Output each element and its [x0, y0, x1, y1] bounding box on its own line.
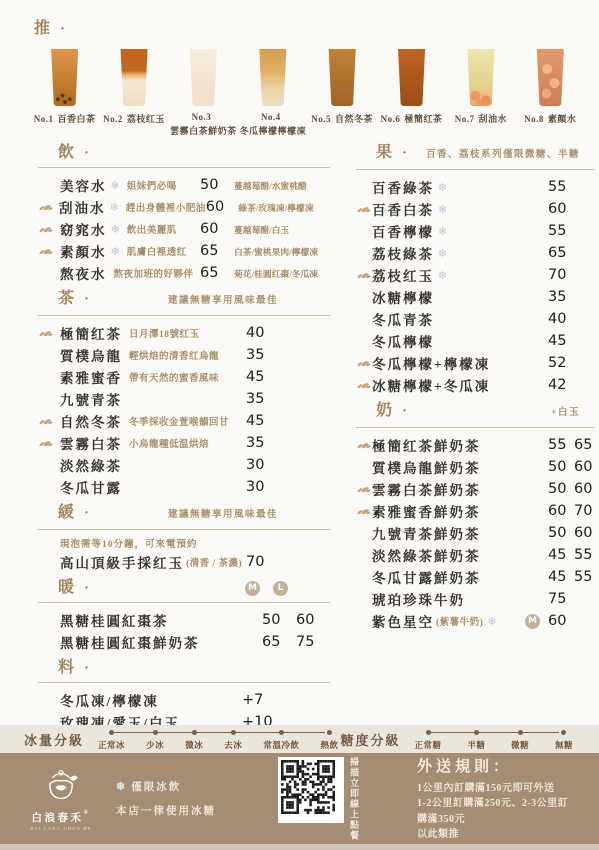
item-name: 刮油水	[59, 197, 106, 217]
item-name: 冰糖檸檬	[372, 287, 434, 307]
wave-icon	[356, 485, 372, 494]
item-name: 百香綠茶	[372, 177, 434, 197]
menu-item-row: 冰糖檸檬35	[356, 286, 594, 308]
item-name: 質樸烏龍	[60, 345, 122, 365]
menu-item-row: 九號青茶鮮奶茶5060	[356, 522, 594, 544]
fruit-header: 果 · 百香、荔枝系列僅限微糖、半糖	[356, 144, 594, 170]
menu-item-row: 冬瓜甘露30	[38, 476, 330, 498]
menu-item-row: 紫色星空(紫薯牛奶)❄M60	[356, 610, 594, 632]
qr-block: 掃描立即線上點餐	[278, 757, 361, 841]
scale-level-label: 少冰	[146, 739, 164, 751]
menu-item-row: 素顏水❄肌膚白裡透红65白茶/蜜桃果肉/檸檬凍	[38, 240, 330, 262]
item-name: 雲霧白茶鮮奶茶	[372, 479, 481, 499]
menu-item-row: 玫瑰凍/愛玉/白玉+10	[38, 711, 330, 725]
menu-item-row: 冬瓜甘露鮮奶茶4555	[356, 566, 594, 588]
section-title: 奶	[376, 402, 395, 420]
section-bullet: ·	[84, 579, 89, 597]
item-name: 淡然綠茶	[60, 455, 122, 475]
scale-level-label: 微糖	[511, 739, 529, 751]
item-price-l: 75	[296, 634, 330, 650]
item-price: 50	[200, 177, 234, 193]
scale-dot	[561, 730, 566, 735]
item-price-m: 60	[548, 503, 574, 519]
drink-number: No.3	[192, 112, 212, 122]
brand-name: 白浪春禾®	[32, 810, 91, 825]
drink-label: No.7刮油水	[455, 112, 507, 124]
scale-level-label: 去冰	[224, 739, 242, 751]
item-price-l: 65	[574, 437, 594, 453]
item-price: 60	[206, 199, 239, 215]
tea-header: 茶 · 建議無糖享用風味最佳	[38, 290, 330, 316]
recommended-drink-card: No.4冬瓜檸檬檸檬凍	[238, 49, 307, 136]
drink-cup-image	[534, 49, 567, 106]
section-bullet: ·	[60, 20, 65, 38]
section-bullet: ·	[84, 659, 89, 677]
item-price-m: 65	[548, 245, 574, 261]
menu-item-row: 冬瓜凍/檸檬凍+7	[38, 689, 330, 711]
scale-level: 微糖	[511, 727, 529, 751]
menu-item-row: 高山頂級手採红玉(清香 / 茶濃)70	[38, 551, 330, 573]
item-price-l: 55	[574, 547, 594, 563]
menu-item-row: 極簡红茶日月潭18號红玉40	[38, 322, 330, 344]
scale-level: 半糖	[467, 727, 485, 751]
wave-icon	[38, 439, 60, 448]
item-price-m: 40	[548, 311, 574, 327]
item-name: 淡然綠茶鮮奶茶	[372, 545, 481, 565]
scale-level: 熱飲	[320, 727, 338, 751]
item-price-l: 60	[296, 612, 330, 628]
recommended-drink-card: No.3雲霧白茶鮮奶茶	[169, 49, 238, 136]
qr-code	[278, 757, 344, 823]
item-price: 65	[200, 243, 234, 259]
recommended-drink-card: No.6極簡红茶	[377, 49, 446, 136]
drink-label: No.8素顏水	[524, 112, 576, 124]
item-name: 質樸烏龍鮮奶茶	[372, 457, 481, 477]
store-notes: ❄僅限冰飲 本店一律使用冰糖	[116, 779, 244, 818]
drink-cup-image	[187, 49, 220, 106]
item-price-l: 70	[574, 503, 594, 519]
section-bullet: ·	[84, 144, 89, 162]
item-price-m: 60	[548, 613, 574, 629]
menu-item-row: 刮油水❄趕出身體裡小肥油60綠茶/玫瑰凍/檸檬凍	[38, 196, 330, 218]
drink-header: 飲 ·	[38, 144, 330, 168]
drink-number: No.1	[34, 114, 54, 124]
scale-level: 去冰	[224, 727, 242, 751]
drink-cup-image	[395, 49, 428, 106]
item-price: +7	[242, 692, 286, 708]
item-price: +10	[242, 714, 286, 725]
scale-level-label: 正常糖	[415, 739, 442, 751]
drink-label: No.5自然冬茶	[311, 112, 373, 124]
cold-only-note: ❄僅限冰飲	[116, 779, 244, 794]
item-price-m: 42	[548, 377, 574, 393]
wave-icon	[38, 329, 60, 338]
drink-label: No.1百香白茶	[34, 112, 96, 124]
item-name: 荔枝綠茶	[372, 243, 434, 263]
section-tea: 茶 · 建議無糖享用風味最佳 極簡红茶日月潭18號红玉40質樸烏龍輕烘焙的清香红…	[38, 290, 330, 498]
ice-level-scale: 冰量分級 正常冰少冰微冰去冰常溫冷飲熱飲	[24, 727, 341, 751]
section-note: 建議無糖享用風味最佳	[168, 292, 278, 310]
item-name: 玫瑰凍/愛玉/白玉	[60, 712, 180, 725]
footer: 白浪春禾® BAI LANG CHUN HE ❄僅限冰飲 本店一律使用冰糖 掃描…	[0, 753, 599, 844]
item-name: 黑糖桂圓紅棗茶	[60, 610, 169, 630]
item-name: 冬瓜甘露鮮奶茶	[372, 567, 481, 587]
scale-level-label: 半糖	[467, 739, 485, 751]
drink-number: No.7	[455, 114, 475, 124]
drink-number: No.4	[261, 112, 281, 122]
wave-icon	[356, 271, 372, 280]
section-fruit: 果 · 百香、荔枝系列僅限微糖、半糖 百香綠茶❄55百香白茶❄60百香檸檬❄55…	[356, 144, 594, 396]
menu-item-row: 質樸烏龍輕烘焙的清香红烏龍35	[38, 344, 330, 366]
item-price: 70	[246, 554, 280, 570]
menu-item-row: 窈窕水❄飲出美麗肌60蔓越莓醋/白玉	[38, 218, 330, 240]
drink-name: 自然冬茶	[335, 114, 373, 124]
teapot-logo-icon	[42, 766, 80, 809]
menu-page: 推 · No.1百香白茶No.2荔枝红玉No.3雲霧白茶鮮奶茶No.4冬瓜檸檬檸…	[0, 0, 599, 850]
item-price-m: 50	[262, 612, 296, 628]
item-name: 百香白茶	[372, 199, 434, 219]
menu-item-row: 黑糖桂圓紅棗茶5060	[38, 609, 330, 631]
wave-icon	[356, 507, 372, 516]
section-title: 料	[58, 659, 77, 677]
size-l-badge: L	[273, 581, 288, 596]
item-description: 肌膚白裡透红	[127, 244, 187, 258]
item-price-m: 55	[548, 223, 574, 239]
item-price: 45	[246, 413, 280, 429]
menu-item-row: 雲霧白茶小烏龍種低温烘焙35	[38, 432, 330, 454]
section-warm: 暖 · M L 黑糖桂圓紅棗茶5060黑糖桂圓紅棗鮮奶茶6575	[38, 579, 330, 653]
drink-name: 百香白茶	[58, 114, 96, 124]
item-name: 熬夜水	[60, 263, 107, 283]
menu-item-row: 熬夜水熬夜加班的好夥伴65菊花/桂圓红棗/冬瓜凍	[38, 262, 330, 284]
menu-item-row: 冬瓜青茶40	[356, 308, 594, 330]
scale-dot	[192, 730, 197, 735]
item-price-m: 50	[548, 481, 574, 497]
item-name: 冰糖檸檬+冬瓜凍	[372, 375, 490, 395]
delivery-title: 外送規則：	[417, 755, 573, 776]
item-description: 小烏龍種低温烘焙	[129, 436, 209, 450]
fruit-items: 百香綠茶❄55百香白茶❄60百香檸檬❄55荔枝綠茶❄65荔枝红玉❄70冰糖檸檬3…	[356, 176, 594, 396]
item-name: 九號青茶	[60, 389, 122, 409]
drink-label: No.2荔枝红玉	[103, 112, 165, 124]
wave-icon	[38, 417, 60, 426]
item-price-m: 75	[548, 591, 574, 607]
scale-line	[429, 732, 559, 733]
item-price-m: 70	[548, 267, 574, 283]
brand-logo: 白浪春禾® BAI LANG CHUN HE	[26, 766, 96, 831]
snowflake-icon: ❄	[438, 269, 447, 282]
drink-name: 荔枝红玉	[127, 114, 165, 124]
scale-dot	[279, 730, 284, 735]
recommended-drink-card: No.1百香白茶	[30, 49, 99, 136]
scale-level: 微冰	[185, 727, 203, 751]
menu-item-row: 極簡红茶鮮奶茶5565	[356, 434, 594, 456]
slow-prenote: 現泡需等10分鐘，可來電預約	[38, 536, 330, 551]
recommended-header: 推 ·	[34, 20, 569, 43]
delivery-line: 1公里內訂購滿150元即可外送	[417, 781, 573, 797]
drink-cup-image	[326, 49, 359, 106]
section-topping: 料 · 冬瓜凍/檸檬凍+7玫瑰凍/愛玉/白玉+10	[38, 659, 330, 725]
item-description: 輕烘焙的清香红烏龍	[129, 348, 219, 362]
wave-icon	[356, 381, 372, 390]
menu-item-row: 素雅蜜香帶有天然的蜜香風味45	[38, 366, 330, 388]
item-ingredients-note: 蔓越莓醋/水蜜桃醋	[234, 179, 330, 192]
scale-dot	[109, 730, 114, 735]
section-title: 推	[34, 20, 53, 38]
item-description: 姐妹們必喝	[127, 178, 177, 192]
menu-item-row: 冬瓜檸檬+檸檬凍52	[356, 352, 594, 374]
scale-dot	[327, 730, 332, 735]
item-price-l: 60	[574, 459, 594, 475]
ice-level-label: 冰量分級	[24, 730, 84, 749]
section-note: +白玉	[551, 404, 580, 422]
item-name: 雲霧白茶	[60, 433, 122, 453]
item-ingredients-note: 綠茶/玫瑰凍/檸檬凍	[238, 201, 330, 214]
recommended-drink-card: No.8素顏水	[516, 49, 585, 136]
item-price: 30	[246, 479, 280, 495]
item-price-m: 35	[548, 289, 574, 305]
menu-item-row: 美容水❄姐妹們必喝50蔓越莓醋/水蜜桃醋	[38, 174, 330, 196]
item-description: 帶有天然的蜜香風味	[129, 370, 219, 384]
drink-name: 素顏水	[548, 114, 577, 124]
item-price-m: 50	[548, 525, 574, 541]
menu-item-row: 雲霧白茶鮮奶茶5060	[356, 478, 594, 500]
scale-level-label: 無糖	[555, 739, 573, 751]
item-name: 極簡红茶	[60, 323, 122, 343]
warm-header: 暖 · M L	[38, 579, 330, 603]
item-subname: (紫薯牛奶)	[436, 614, 483, 628]
item-ingredients-note: 菊花/桂圓红棗/冬瓜凍	[234, 267, 330, 280]
item-price: 35	[246, 391, 280, 407]
section-title: 茶	[58, 290, 77, 308]
drink-number: No.8	[524, 114, 544, 124]
milk-header: 奶 · +白玉	[356, 402, 594, 428]
recommended-drink-card: No.7刮油水	[446, 49, 515, 136]
drink-label: No.3	[192, 112, 216, 124]
item-subname: (清香 / 茶濃)	[186, 555, 242, 569]
item-name: 自然冬茶	[60, 411, 122, 431]
drink-number: No.2	[103, 114, 123, 124]
item-name: 百香檸檬	[372, 221, 434, 241]
item-price: 35	[246, 347, 280, 363]
menu-item-row: 淡然綠茶30	[38, 454, 330, 476]
menu-body: 飲 · 美容水❄姐妹們必喝50蔓越莓醋/水蜜桃醋刮油水❄趕出身體裡小肥油60綠茶…	[0, 136, 599, 725]
item-price: 35	[246, 435, 280, 451]
drink-name-line2: 雲霧白茶鮮奶茶	[170, 124, 237, 136]
scale-level: 正常冰	[98, 727, 125, 751]
item-price-m: 45	[548, 547, 574, 563]
tea-items: 極簡红茶日月潭18號红玉40質樸烏龍輕烘焙的清香红烏龍35素雅蜜香帶有天然的蜜香…	[38, 322, 330, 498]
drink-number: No.6	[381, 114, 401, 124]
item-price-m: 55	[548, 437, 574, 453]
topping-items: 冬瓜凍/檸檬凍+7玫瑰凍/愛玉/白玉+10	[38, 689, 330, 725]
levels-bar: 冰量分級 正常冰少冰微冰去冰常溫冷飲熱飲 糖度分級 正常糖半糖微糖無糖	[0, 725, 599, 753]
item-description: 日月潭18號红玉	[129, 326, 200, 340]
brand-name-latin: BAI LANG CHUN HE	[30, 826, 92, 831]
scale-level-label: 微冰	[185, 739, 203, 751]
drink-cup-image	[256, 49, 289, 106]
item-price-m: 45	[548, 333, 574, 349]
section-note: 建議無糖享用風味最佳	[168, 506, 278, 524]
scale-level: 常溫冷飲	[263, 727, 299, 751]
snowflake-icon: ❄	[438, 225, 447, 238]
item-price-m: 55	[548, 179, 574, 195]
snowflake-icon: ❄	[111, 223, 120, 236]
section-note: 百香、荔枝系列僅限微糖、半糖	[426, 146, 580, 164]
sugar-scale-track: 正常糖半糖微糖無糖	[413, 727, 575, 751]
section-bullet: ·	[402, 144, 407, 162]
wave-icon	[356, 359, 372, 368]
delivery-line: 以此類推	[417, 827, 573, 843]
item-name: 冬瓜檸檬	[372, 331, 434, 351]
wave-icon	[38, 225, 60, 234]
recommended-drink-card: No.5自然冬茶	[308, 49, 377, 136]
menu-item-row: 質樸烏龍鮮奶茶5060	[356, 456, 594, 478]
snowflake-icon: ❄	[438, 203, 447, 216]
section-slow-brew: 緩 · 建議無糖享用風味最佳 現泡需等10分鐘，可來電預約 高山頂級手採红玉(清…	[38, 504, 330, 573]
sugar-level-label: 糖度分級	[341, 730, 401, 749]
item-name: 極簡红茶鮮奶茶	[372, 435, 481, 455]
drink-name: 刮油水	[479, 114, 508, 124]
scale-level: 無糖	[555, 727, 573, 751]
section-title: 果	[376, 144, 395, 162]
size-badges: M L	[245, 581, 326, 596]
item-description: 熬夜加班的好夥伴	[114, 266, 194, 280]
item-name: 冬瓜青茶	[372, 309, 434, 329]
item-name: 紫色星空	[372, 611, 434, 631]
section-bullet: ·	[402, 402, 407, 420]
drink-cup-image	[48, 49, 81, 106]
menu-item-row: 荔枝红玉❄70	[356, 264, 594, 286]
item-price: 60	[200, 221, 234, 237]
snowflake-icon: ❄	[116, 781, 127, 793]
item-name: 冬瓜檸檬+檸檬凍	[372, 353, 490, 373]
item-price-m: 50	[548, 459, 574, 475]
item-name: 冬瓜甘露	[60, 477, 122, 497]
scale-level: 正常糖	[415, 727, 442, 751]
item-name: 荔枝红玉	[372, 265, 434, 285]
item-ingredients-note: 白茶/蜜桃果肉/檸檬凍	[234, 245, 330, 258]
snowflake-icon: ❄	[487, 615, 496, 628]
sugar-level-scale: 糖度分級 正常糖半糖微糖無糖	[341, 727, 575, 751]
item-name: 黑糖桂圓紅棗鮮奶茶	[60, 632, 200, 652]
recommended-drink-card: No.2荔枝红玉	[99, 49, 168, 136]
drink-label: No.6極簡红茶	[381, 112, 443, 124]
scale-level-label: 熱飲	[320, 739, 338, 751]
item-price-m: 52	[548, 355, 574, 371]
wave-icon	[356, 441, 372, 450]
scale-dot	[231, 730, 236, 735]
snowflake-icon: ❄	[111, 179, 120, 192]
menu-item-row: 自然冬茶冬季採收金萱喉韻回甘45	[38, 410, 330, 432]
section-bullet: ·	[84, 504, 89, 522]
snowflake-icon: ❄	[111, 245, 120, 258]
item-price: 45	[246, 369, 280, 385]
scale-level-label: 正常冰	[98, 739, 125, 751]
wave-icon	[38, 203, 59, 212]
left-column: 飲 · 美容水❄姐妹們必喝50蔓越莓醋/水蜜桃醋刮油水❄趕出身體裡小肥油60綠茶…	[38, 144, 330, 725]
scale-dot	[474, 730, 479, 735]
section-title: 緩	[58, 504, 77, 522]
item-name: 素雅蜜香鮮奶茶	[372, 501, 481, 521]
topping-header: 料 ·	[38, 659, 330, 683]
section-title: 暖	[58, 579, 77, 597]
drink-number: No.5	[311, 114, 331, 124]
scale-dot	[426, 730, 431, 735]
item-ingredients-note: 蔓越莓醋/白玉	[234, 223, 330, 236]
menu-item-row: 百香白茶❄60	[356, 198, 594, 220]
snowflake-icon: ❄	[438, 247, 447, 260]
drink-items: 美容水❄姐妹們必喝50蔓越莓醋/水蜜桃醋刮油水❄趕出身體裡小肥油60綠茶/玫瑰凍…	[38, 174, 330, 284]
menu-item-row: 琥珀珍珠牛奶75	[356, 588, 594, 610]
slow-items: 高山頂級手採红玉(清香 / 茶濃)70	[38, 551, 330, 573]
item-price-m: 65	[262, 634, 296, 650]
size-m-badge: M	[525, 614, 540, 629]
snowflake-icon: ❄	[438, 181, 447, 194]
item-price: 40	[246, 325, 280, 341]
menu-item-row: 荔枝綠茶❄65	[356, 242, 594, 264]
item-name: 美容水	[60, 175, 107, 195]
menu-item-row: 黑糖桂圓紅棗鮮奶茶6575	[38, 631, 330, 653]
scale-level: 少冰	[146, 727, 164, 751]
item-price-m: 45	[548, 569, 574, 585]
drink-name: 極簡红茶	[404, 114, 442, 124]
menu-item-row: 百香檸檬❄55	[356, 220, 594, 242]
item-price-l: 60	[574, 481, 594, 497]
item-name: 冬瓜凍/檸檬凍	[60, 690, 159, 710]
section-title: 飲	[58, 144, 77, 162]
milk-items: 極簡红茶鮮奶茶5565質樸烏龍鮮奶茶5060雲霧白茶鮮奶茶5060素雅蜜香鮮奶茶…	[356, 434, 594, 632]
item-description: 冬季採收金萱喉韻回甘	[129, 414, 229, 428]
menu-item-row: 冰糖檸檬+冬瓜凍42	[356, 374, 594, 396]
item-name: 窈窕水	[60, 219, 107, 239]
item-price-l: 60	[574, 525, 594, 541]
item-price: 30	[246, 457, 280, 473]
delivery-line: 1-2公里訂購滿250元、2-3公里訂購滿350元	[417, 796, 573, 827]
drink-label: No.4	[261, 112, 285, 124]
right-column: 果 · 百香、荔枝系列僅限微糖、半糖 百香綠茶❄55百香白茶❄60百香檸檬❄55…	[356, 144, 594, 725]
item-name: 素顏水	[60, 241, 107, 261]
menu-item-row: 淡然綠茶鮮奶茶4555	[356, 544, 594, 566]
scale-level-label: 常溫冷飲	[263, 739, 299, 751]
scale-dot	[153, 730, 158, 735]
menu-item-row: 九號青茶35	[38, 388, 330, 410]
menu-item-row: 素雅蜜香鮮奶茶6070	[356, 500, 594, 522]
delivery-rules: 外送規則： 1公里內訂購滿150元即可外送 1-2公里訂購滿250元、2-3公里…	[417, 755, 573, 843]
item-description: 飲出美麗肌	[127, 222, 177, 236]
section-milk: 奶 · +白玉 極簡红茶鮮奶茶5565質樸烏龍鮮奶茶5060雲霧白茶鮮奶茶506…	[356, 402, 594, 632]
wave-icon	[38, 247, 60, 256]
rock-sugar-note: 本店一律使用冰糖	[116, 803, 244, 818]
menu-item-row: 冬瓜檸檬45	[356, 330, 594, 352]
item-name: 高山頂級手採红玉	[60, 552, 184, 572]
item-name: 琥珀珍珠牛奶	[372, 589, 465, 609]
item-name: 九號青茶鮮奶茶	[372, 523, 481, 543]
item-name: 素雅蜜香	[60, 367, 122, 387]
size-m-badge: M	[245, 581, 260, 596]
item-description: 趕出身體裡小肥油	[126, 200, 206, 214]
ice-scale-track: 正常冰少冰微冰去冰常溫冷飲熱飲	[96, 727, 341, 751]
drink-cup-image	[118, 49, 151, 106]
wave-icon	[356, 205, 372, 214]
scale-dot	[518, 730, 523, 735]
slow-header: 緩 · 建議無糖享用風味最佳	[38, 504, 330, 530]
drink-name-line2: 冬瓜檸檬檸檬凍	[240, 124, 307, 136]
page-bottom-strip	[0, 844, 599, 850]
drink-cup-image	[464, 49, 497, 106]
qr-caption: 掃描立即線上點餐	[348, 757, 361, 841]
recommended-section: 推 · No.1百香白茶No.2荔枝红玉No.3雲霧白茶鮮奶茶No.4冬瓜檸檬檸…	[0, 0, 599, 136]
